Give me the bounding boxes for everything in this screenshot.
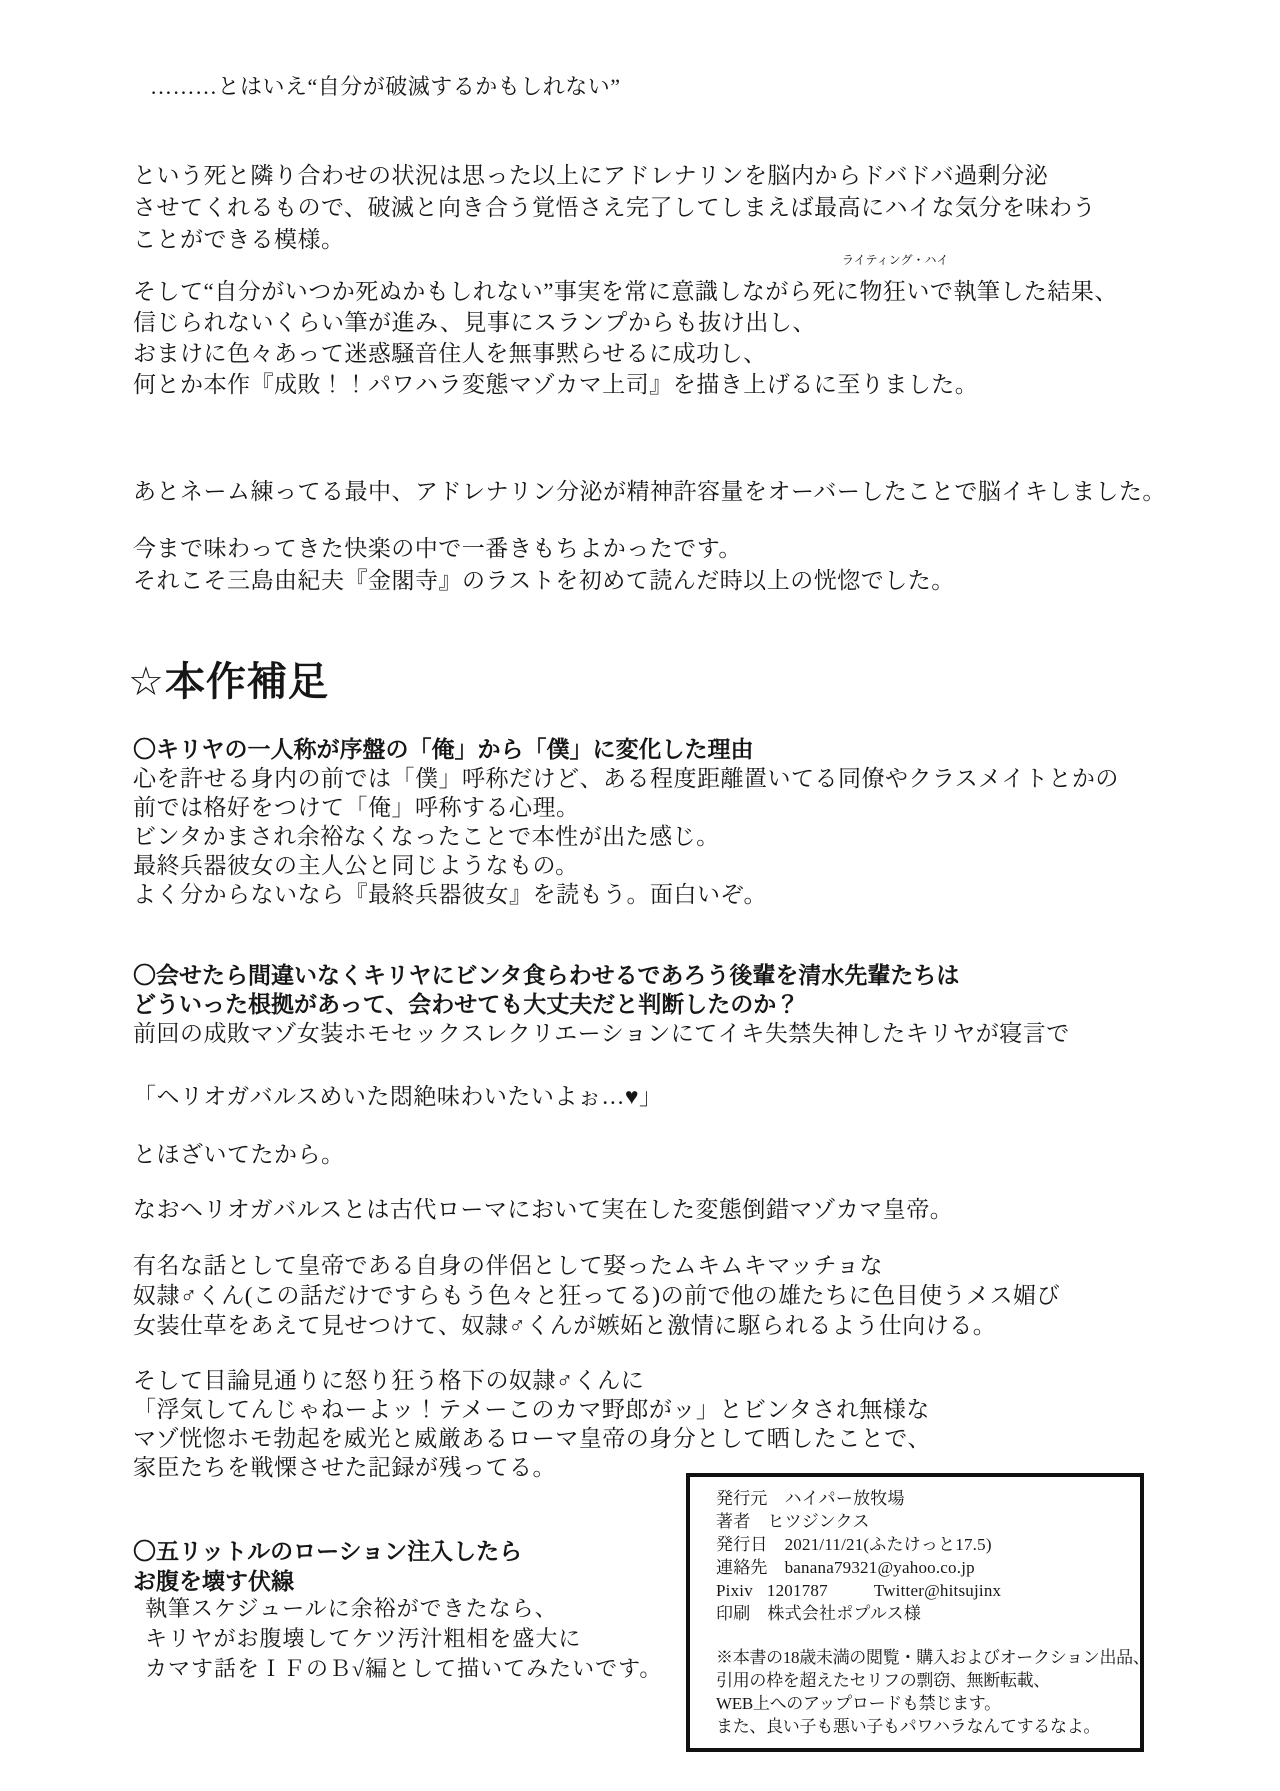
- section-lotion-body: 執筆スケジュールに余裕ができたなら、 キリヤがお腹壊してケツ汚汁粗相を盛大に カ…: [145, 1594, 662, 1684]
- colophon-label: 連絡先: [716, 1558, 768, 1577]
- section-heading: 〇会せたら間違いなくキリヤにビンタ食らわせるであろう後輩を清水先輩たちは: [133, 961, 1070, 990]
- text-line: カマす話をＩＦのＢ√編として描いてみたいです。: [145, 1654, 662, 1684]
- text-line: とほざいてたから。: [133, 1136, 345, 1169]
- supplement-heading: ☆本作補足: [128, 650, 329, 707]
- paragraph-brain: あとネーム練ってる最中、アドレナリン分泌が精神許容量をオーバーしたことで脳イキし…: [133, 473, 1166, 506]
- section-heading: 〇五リットルのローション注入したら: [133, 1536, 522, 1566]
- text-line: そして目論見通りに怒り狂う格下の奴隷♂くんに: [133, 1366, 931, 1395]
- colophon-row-date: 発行日2021/11/21(ふたけっと17.5): [716, 1533, 1132, 1556]
- text-line: 最終兵器彼女の主人公と同じようなもの。: [133, 851, 1119, 880]
- colophon-value: 2021/11/21(ふたけっと17.5): [785, 1535, 992, 1554]
- twitter-handle: Twitter@hitsujinx: [874, 1581, 1001, 1600]
- text-line: 何とか本作『成敗！！パワハラ変態マゾカマ上司』を描き上げるに至りました。: [133, 369, 1118, 400]
- text-line: なおヘリオガバルスとは古代ローマにおいて実在した変態倒錯マゾカマ皇帝。: [133, 1191, 953, 1224]
- colophon-row-publisher: 発行元ハイパー放牧場: [716, 1487, 1132, 1510]
- text-line: おまけに色々あって迷惑騒音住人を無事黙らせるに成功し、: [133, 338, 1118, 369]
- text-line: それこそ三島由紀夫『金閣寺』のラストを初めて読んだ時以上の恍惚でした。: [133, 565, 955, 597]
- colophon-label: 発行元: [716, 1489, 768, 1508]
- notice-line: WEB上へのアップロードも禁じます。: [716, 1692, 1132, 1715]
- paragraph-writing-high: そして“自分がいつか死ぬかもしれない”事実を常に意識しながら死に物狂いで執筆した…: [133, 276, 1118, 400]
- text-line: させてくれるもので、破滅と向き合う覚悟さえ完了してしまえば最高にハイな気分を味わ…: [133, 192, 1096, 224]
- text-line: 有名な話として皇帝である自身の伴侶として娶ったムキムキマッチョな: [133, 1251, 1060, 1281]
- colophon-row-author: 著者ヒツジンクス: [716, 1510, 1132, 1533]
- text-line: よく分からないなら『最終兵器彼女』を読もう。面白いぞ。: [133, 880, 1119, 909]
- text-line: ことができる模様。: [133, 224, 1096, 256]
- text-line: 前では格好をつけて「俺」呼称する心理。: [133, 793, 1119, 822]
- notice-line: また、良い子も悪い子もパワハラなんてするなよ。: [716, 1715, 1132, 1738]
- pixiv-id: 1201787: [767, 1581, 828, 1600]
- colophon-value: banana79321@yahoo.co.jp: [785, 1558, 975, 1577]
- colophon-box: 発行元ハイパー放牧場 著者ヒツジンクス 発行日2021/11/21(ふたけっと1…: [686, 1473, 1144, 1752]
- paragraph-pleasure: 今まで味わってきた快楽の中で一番きもちよかったです。 それこそ三島由紀夫『金閣寺…: [133, 533, 955, 597]
- notice-line: ※本書の18歳未満の閲覧・購入およびオークション出品、: [716, 1646, 1132, 1669]
- colophon-notice: ※本書の18歳未満の閲覧・購入およびオークション出品、 引用の枠を超えたセリフの…: [716, 1646, 1132, 1738]
- sleep-talk-quote: 「ヘリオガバルスめいた悶絶味わいたいよぉ…♥」: [133, 1078, 663, 1111]
- text-line: ビンタかまされ余裕なくなったことで本性が出た感じ。: [133, 822, 1119, 851]
- text-line: 女装仕草をあえて見せつけて、奴隷♂くんが嫉妬と激情に駆られるよう仕向ける。: [133, 1311, 1060, 1341]
- colophon-row-printer: 印刷株式会社ポプルス様: [716, 1602, 1132, 1625]
- colophon-label: 印刷: [716, 1604, 750, 1623]
- intro-line: ………とはいえ“自分が破滅するかもしれない”: [150, 70, 621, 101]
- text-line: 信じられないくらい筆が進み、見事にスランプからも抜け出し、: [133, 307, 1118, 338]
- section-heading: どういった根拠があって、会わせても大丈夫だと判断したのか？: [133, 990, 1070, 1019]
- pixiv-label: Pixiv: [716, 1581, 753, 1600]
- colophon-label: 著者: [716, 1512, 750, 1531]
- section-heading: お腹を壊す伏線: [133, 1566, 522, 1596]
- text-line: 執筆スケジュールに余裕ができたなら、: [145, 1594, 662, 1624]
- colophon-row-accounts: Pixiv1201787Twitter@hitsujinx: [716, 1579, 1132, 1602]
- text-line: という死と隣り合わせの状況は思った以上にアドレナリンを脳内からドバドバ過剰分泌: [133, 160, 1096, 192]
- afterword-page: ………とはいえ“自分が破滅するかもしれない” という死と隣り合わせの状況は思った…: [0, 0, 1280, 1791]
- section-heliogabalus-heading: 〇会せたら間違いなくキリヤにビンタ食らわせるであろう後輩を清水先輩たちは どうい…: [133, 961, 1070, 1048]
- colophon-row-contact: 連絡先banana79321@yahoo.co.jp: [716, 1556, 1132, 1579]
- text-line: マゾ恍惚ホモ勃起を威光と威厳あるローマ皇帝の身分として晒したことで、: [133, 1424, 931, 1453]
- colophon-label: 発行日: [716, 1535, 768, 1554]
- heliogabalus-ending: そして目論見通りに怒り狂う格下の奴隷♂くんに 「浮気してんじゃねーよッ！テメーこ…: [133, 1366, 931, 1482]
- section-heading: 〇キリヤの一人称が序盤の「俺」から「僕」に変化した理由: [133, 735, 1119, 764]
- paragraph-adrenaline: という死と隣り合わせの状況は思った以上にアドレナリンを脳内からドバドバ過剰分泌 …: [133, 160, 1096, 256]
- text-line: 心を許せる身内の前では「僕」呼称だけど、ある程度距離置いてる同僚やクラスメイトと…: [133, 764, 1119, 793]
- colophon-value: ヒツジンクス: [767, 1512, 869, 1531]
- notice-line: 引用の枠を超えたセリフの剽窃、無断転載、: [716, 1669, 1132, 1692]
- heliogabalus-story: 有名な話として皇帝である自身の伴侶として娶ったムキムキマッチョな 奴隷♂くん(こ…: [133, 1251, 1060, 1341]
- section-pronoun: 〇キリヤの一人称が序盤の「俺」から「僕」に変化した理由 心を許せる身内の前では「…: [133, 735, 1119, 909]
- ruby-annotation-writing-high: ライティング・ハイ: [842, 251, 948, 268]
- colophon-value: ハイパー放牧場: [785, 1489, 905, 1508]
- text-line: そして“自分がいつか死ぬかもしれない”事実を常に意識しながら死に物狂いで執筆した…: [133, 276, 1118, 307]
- text-line: 前回の成敗マゾ女装ホモセックスレクリエーションにてイキ失禁失神したキリヤが寝言で: [133, 1019, 1070, 1048]
- text-line: 「浮気してんじゃねーよッ！テメーこのカマ野郎がッ」とビンタされ無様な: [133, 1395, 931, 1424]
- text-line: キリヤがお腹壊してケツ汚汁粗相を盛大に: [145, 1624, 662, 1654]
- text-line: 今まで味わってきた快楽の中で一番きもちよかったです。: [133, 533, 955, 565]
- colophon-value: 株式会社ポプルス様: [767, 1604, 921, 1623]
- text-line: 奴隷♂くん(この話だけですらもう色々と狂ってる)の前で他の雄たちに色目使うメス媚…: [133, 1281, 1060, 1311]
- section-lotion-heading: 〇五リットルのローション注入したら お腹を壊す伏線: [133, 1536, 522, 1596]
